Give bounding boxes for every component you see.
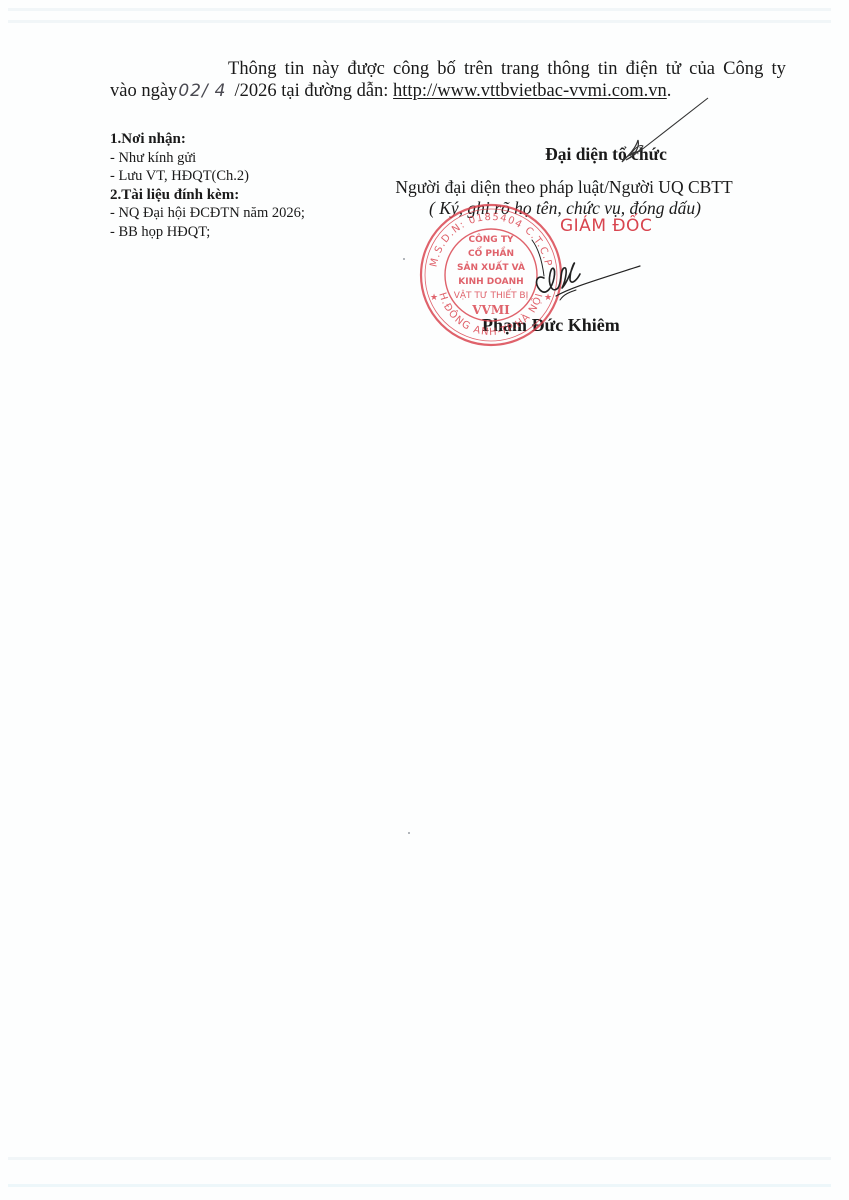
scan-speck xyxy=(403,258,405,260)
date-year: /2026 tại đường dẫn: xyxy=(235,81,394,101)
disclosure-line-1: Thông tin này được công bố trên trang th… xyxy=(110,58,786,80)
seal-inner-line: SẢN XUẤT VÀ xyxy=(457,260,525,273)
attachment-item: - BB họp HĐQT; xyxy=(110,223,360,242)
scan-speck xyxy=(408,832,410,834)
document-page: Thông tin này được công bố trên trang th… xyxy=(0,0,849,1200)
seal-inner-line: CỔ PHẦN xyxy=(468,246,514,259)
handwritten-day: 02/ xyxy=(178,81,208,101)
recipients-heading: 1.Nơi nhận: xyxy=(110,130,360,149)
attachments-heading: 2.Tài liệu đính kèm: xyxy=(110,186,360,205)
signer-title: GIÁM ĐỐC xyxy=(560,216,652,236)
role-label: Người đại diện theo pháp luật/Người UQ C… xyxy=(355,176,765,198)
seal-inner-line: CÔNG TY xyxy=(469,233,514,245)
scan-artifact xyxy=(8,1184,831,1187)
recipient-item: - Lưu VT, HĐQT(Ch.2) xyxy=(110,167,360,186)
scan-artifact xyxy=(8,20,831,23)
seal-inner-line: KINH DOANH xyxy=(458,277,523,287)
attachment-item: - NQ Đại hội ĐCĐTN năm 2026; xyxy=(110,204,360,223)
recipient-item: - Như kính gửi xyxy=(110,149,360,168)
initial-mark-icon xyxy=(610,96,720,166)
scan-artifact xyxy=(8,8,831,11)
date-prefix: vào ngày xyxy=(110,81,177,101)
svg-text:★: ★ xyxy=(430,293,438,303)
scan-artifact xyxy=(8,1157,831,1160)
handwritten-month: 4 xyxy=(215,81,227,101)
handwritten-signature xyxy=(530,238,650,313)
seal-inner-line: VVMI xyxy=(471,303,510,317)
seal-inner-line: VẬT TƯ THIẾT BỊ xyxy=(454,289,529,301)
recipients-block: 1.Nơi nhận: - Như kính gửi - Lưu VT, HĐQ… xyxy=(110,130,360,241)
